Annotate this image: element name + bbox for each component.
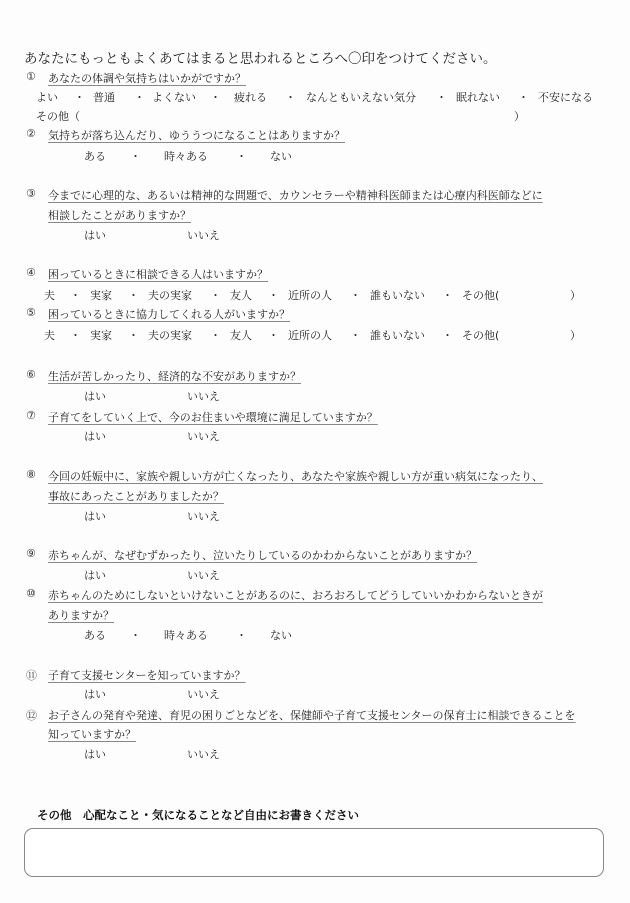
option-iie[interactable]: いいえ bbox=[187, 388, 220, 404]
question-text: 子育てをしていく上で、今のお住まいや環境に満足していますか？ bbox=[48, 409, 378, 425]
option-other[interactable]: その他（ bbox=[36, 108, 80, 124]
question-number: ⑫ bbox=[26, 707, 37, 723]
separator: ・ bbox=[518, 89, 529, 105]
separator: ・ bbox=[436, 89, 447, 105]
question-number: ② bbox=[26, 127, 36, 140]
question-text: 困っているときに相談できる人はいますか？ bbox=[48, 266, 268, 282]
option-jikka[interactable]: 実家 bbox=[90, 287, 112, 303]
option-hai[interactable]: はい bbox=[84, 388, 106, 404]
separator: ・ bbox=[210, 89, 221, 105]
instructions-heading: あなたにもっともよくあてはまると思われるところへ〇印をつけてください。 bbox=[24, 47, 497, 67]
option-hai[interactable]: はい bbox=[84, 227, 106, 243]
separator: ・ bbox=[236, 148, 247, 164]
question-number: ① bbox=[26, 70, 36, 83]
question-text: 今までに心理的な、あるいは精神的な問題で、カウンセラーや精神科医師または心療内科… bbox=[48, 187, 543, 203]
option-nai[interactable]: ない bbox=[270, 148, 292, 164]
option-yoi[interactable]: よい bbox=[36, 89, 58, 105]
option-yokunai[interactable]: よくない bbox=[152, 89, 196, 105]
option-aru[interactable]: ある bbox=[84, 148, 106, 164]
option-hai[interactable]: はい bbox=[84, 686, 106, 702]
option-otto-no-jikka[interactable]: 夫の実家 bbox=[148, 287, 192, 303]
question-text: 困っているときに協力してくれる人がいますか？ bbox=[48, 306, 290, 322]
separator: ・ bbox=[236, 627, 247, 643]
option-hai[interactable]: はい bbox=[84, 428, 106, 444]
option-iie[interactable]: いいえ bbox=[187, 227, 220, 243]
separator: ・ bbox=[268, 287, 279, 303]
question-number: ④ bbox=[26, 266, 36, 279]
option-hai[interactable]: はい bbox=[84, 508, 106, 524]
separator: ・ bbox=[442, 327, 453, 343]
option-otto[interactable]: 夫 bbox=[44, 327, 55, 343]
question-number: ⑨ bbox=[26, 547, 36, 560]
option-kinjo[interactable]: 近所の人 bbox=[288, 287, 332, 303]
separator: ・ bbox=[70, 327, 81, 343]
free-comment-box[interactable] bbox=[24, 828, 604, 877]
separator: ・ bbox=[442, 287, 453, 303]
separator: ・ bbox=[70, 287, 81, 303]
option-daremo[interactable]: 誰もいない bbox=[370, 327, 425, 343]
option-kinjo[interactable]: 近所の人 bbox=[288, 327, 332, 343]
separator: ・ bbox=[134, 89, 145, 105]
separator: ・ bbox=[74, 89, 85, 105]
free-comment-title: その他 心配なこと・気になることなど自由にお書きください bbox=[37, 807, 359, 823]
option-tokidoki[interactable]: 時々ある bbox=[164, 148, 208, 164]
option-hai[interactable]: はい bbox=[84, 746, 106, 762]
separator: ・ bbox=[130, 148, 141, 164]
option-otto[interactable]: 夫 bbox=[44, 287, 55, 303]
option-iie[interactable]: いいえ bbox=[187, 428, 220, 444]
separator: ・ bbox=[285, 89, 296, 105]
separator: ・ bbox=[130, 627, 141, 643]
question-text-line2: 事故にあったことがありましたか？ bbox=[48, 488, 224, 504]
question-text-line2: ありますか？ bbox=[48, 607, 114, 623]
option-daremo[interactable]: 誰もいない bbox=[370, 287, 425, 303]
question-text: お子さんの発育や発達、育児の困りごとなどを、保健師や子育て支援センターの保育士に… bbox=[48, 707, 576, 723]
question-text: 赤ちゃんが、なぜむずかったり、泣いたりしているのかわからないことがありますか？ bbox=[48, 547, 477, 563]
option-other[interactable]: その他( bbox=[462, 287, 499, 303]
option-yuujin[interactable]: 友人 bbox=[230, 327, 252, 343]
separator: ・ bbox=[350, 327, 361, 343]
option-iie[interactable]: いいえ bbox=[187, 686, 220, 702]
question-number: ⑥ bbox=[26, 368, 36, 381]
option-futsuu[interactable]: 普通 bbox=[93, 89, 115, 105]
question-text: あなたの体調や気持ちはいかがですか？ bbox=[48, 70, 246, 86]
option-nemurenai[interactable]: 眠れない bbox=[456, 89, 500, 105]
option-tokidoki[interactable]: 時々ある bbox=[164, 627, 208, 643]
other-close-paren: ） bbox=[570, 327, 581, 343]
question-text: 生活が苦しかったり、経済的な不安がありますか？ bbox=[48, 368, 301, 384]
separator: ・ bbox=[128, 287, 139, 303]
option-iie[interactable]: いいえ bbox=[187, 746, 220, 762]
option-aru[interactable]: ある bbox=[84, 627, 106, 643]
option-yuujin[interactable]: 友人 bbox=[230, 287, 252, 303]
option-iie[interactable]: いいえ bbox=[187, 508, 220, 524]
question-text: 今回の妊娠中に、家族や親しい方が亡くなったり、あなたや家族や親しい方が重い病気に… bbox=[48, 468, 543, 484]
option-hai[interactable]: はい bbox=[84, 567, 106, 583]
option-jikka[interactable]: 実家 bbox=[90, 327, 112, 343]
separator: ・ bbox=[128, 327, 139, 343]
option-other[interactable]: その他( bbox=[462, 327, 499, 343]
option-otto-no-jikka[interactable]: 夫の実家 bbox=[148, 327, 192, 343]
question-number: ⑦ bbox=[26, 409, 36, 422]
option-iie[interactable]: いいえ bbox=[187, 567, 220, 583]
option-nantomo[interactable]: なんともいえない気分 bbox=[306, 89, 416, 105]
other-close-paren: ） bbox=[570, 287, 581, 303]
question-text: 赤ちゃんのためにしないといけないことがあるのに、おろおろしてどうしていいかわから… bbox=[48, 587, 543, 603]
question-number: ⑩ bbox=[26, 587, 36, 600]
question-text: 子育て支援センターを知っていますか？ bbox=[48, 667, 246, 683]
separator: ・ bbox=[210, 327, 221, 343]
separator: ・ bbox=[210, 287, 221, 303]
option-nai[interactable]: ない bbox=[270, 627, 292, 643]
option-fuan[interactable]: 不安になる bbox=[538, 89, 593, 105]
question-text-line2: 知っていますか？ bbox=[48, 726, 136, 742]
question-number: ③ bbox=[26, 187, 36, 200]
question-text-line2: 相談したことがありますか？ bbox=[48, 207, 191, 223]
separator: ・ bbox=[350, 287, 361, 303]
question-number: ⑤ bbox=[26, 306, 36, 319]
question-text: 気持ちが落ち込んだり、ゆううつになることはありますか？ bbox=[48, 127, 345, 143]
separator: ・ bbox=[268, 327, 279, 343]
question-number: ⑧ bbox=[26, 468, 36, 481]
option-tsukareru[interactable]: 疲れる bbox=[234, 89, 267, 105]
other-close-paren: ） bbox=[514, 108, 525, 124]
question-number: ⑪ bbox=[26, 667, 37, 683]
